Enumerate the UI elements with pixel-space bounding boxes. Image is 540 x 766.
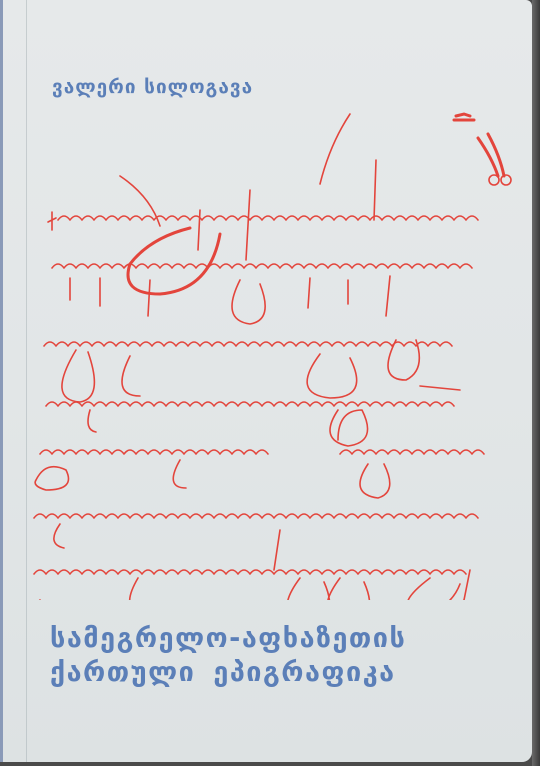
book-cover: ვალერი სილოგავა <box>0 0 532 762</box>
handwriting-illustration <box>0 100 532 600</box>
title-line-1: სამეგრელო-აფხაზეთის <box>50 622 406 656</box>
title-line-2: ქართულიეპიგრაფიკა <box>50 656 406 690</box>
title-word-kartuli: ქართული <box>50 657 195 688</box>
scan-edge-shadow <box>532 0 540 766</box>
book-title: სამეგრელო-აფხაზეთის ქართულიეპიგრაფიკა <box>50 622 406 690</box>
manuscript-inscription-image <box>0 100 532 600</box>
title-word-epigrapika: ეპიგრაფიკა <box>213 657 395 688</box>
author-name: ვალერი სილოგავა <box>52 76 253 98</box>
